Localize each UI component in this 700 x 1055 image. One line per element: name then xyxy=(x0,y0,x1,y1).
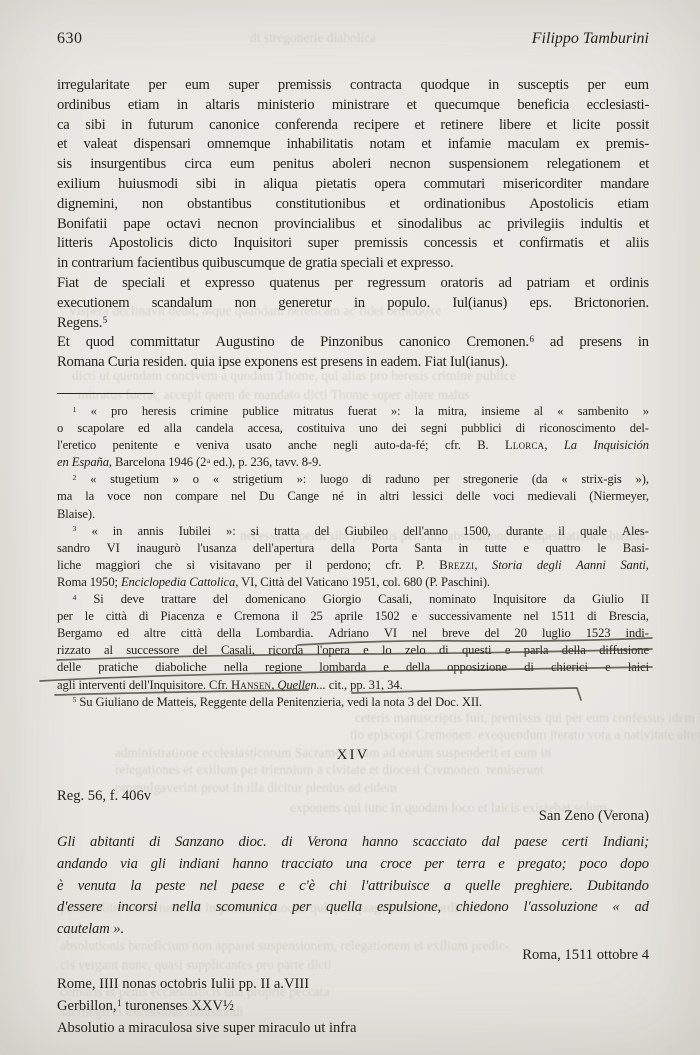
text-line: andandoviagliindianihannotracciatounacro… xyxy=(57,854,649,876)
text-line: in contrarium facientibus quibuscumque d… xyxy=(57,254,649,274)
text-line: etvaleatdispensariomnemqueinhabilitatisn… xyxy=(57,135,649,155)
footnote: 3«inannisIubilei»:sitrattadelGiubileodel… xyxy=(57,523,649,591)
closing-block: Rome, IIII nonas octobris Iulii pp. II a… xyxy=(57,973,649,1039)
text-line: GliabitantidiSanzanodioc.diVeronahannosc… xyxy=(57,832,649,854)
page-header: 630 Filippo Tamburini xyxy=(57,30,649,48)
text-line: Absolutio a miraculosa sive super miracu… xyxy=(57,1017,649,1039)
text-line: lichemaggiorichesivisitavanoperilperdono… xyxy=(57,557,649,574)
text-line: 3«inannisIubilei»:sitrattadelGiubileodel… xyxy=(57,523,649,540)
document-section: XIV Reg. 56, f. 406v San Zeno (Verona) G… xyxy=(57,746,649,1039)
text-line: casibiinfuturumcanoniceconferendareciper… xyxy=(57,116,649,136)
text-line: sandroVIinauguròl'usanzadell'aperturadel… xyxy=(57,540,649,557)
text-line: d'essereincorsinellascomunicaperquellaes… xyxy=(57,897,649,919)
text-line: Fiatdespecialietexpressoquatenusperregre… xyxy=(57,274,649,294)
text-line: 5 Su Giuliano de Matteis, Reggente della… xyxy=(57,694,649,711)
section-summary: GliabitantidiSanzanodioc.diVeronahannosc… xyxy=(57,832,649,941)
footnote-separator xyxy=(57,393,153,394)
footnote: 1«proheresiscriminepublicemitratusfuerat… xyxy=(57,403,649,471)
body-paragraph: Fiatdespecialietexpressoquatenusperregre… xyxy=(57,274,649,333)
text-line: malavocenoncomparenelDuCangenéinaltriles… xyxy=(57,488,649,505)
text-line: dignemini,nonobstantibusconstitutionibus… xyxy=(57,195,649,215)
bleed-through-line: ceteris manuscriptis fuit, premissis qui… xyxy=(355,710,700,726)
text-line: perlecittàdiPiacenzaeCremonail25aprile15… xyxy=(57,608,649,625)
place-name: San Zeno (Verona) xyxy=(57,806,649,826)
text-line: 2«stugetium»o«strigetium»:luogodiradunop… xyxy=(57,471,649,488)
text-line: Romana Curia residen. quia ipse exponens… xyxy=(57,353,649,373)
text-line: agli interventi dell'Inquisitore. Cfr. H… xyxy=(57,677,649,694)
body-paragraph: irregularitatepereumsuperpremissiscontra… xyxy=(57,76,649,274)
scanned-book-page: di stregonerie diabolicaVispera declinav… xyxy=(0,0,700,1055)
text-line: EtquodcommittaturAugustinodePinzonibusca… xyxy=(57,333,649,353)
text-line: 1«proheresiscriminepublicemitratusfuerat… xyxy=(57,403,649,420)
text-line: cautelam ». xyxy=(57,919,649,941)
text-line: BergamoedaltrecittàdellaLombardia.Adrian… xyxy=(57,625,649,642)
text-line: oscapolareedallacandelaaccesa,costituiva… xyxy=(57,420,649,437)
text-line: dellepratichediabolichenellaregionelomba… xyxy=(57,659,649,676)
text-line: ordinibusetiaminaltarisministerioministr… xyxy=(57,96,649,116)
text-line: irregularitatepereumsuperpremissiscontra… xyxy=(57,76,649,96)
running-head: Filippo Tamburini xyxy=(532,30,649,48)
text-line: litterisApostolicisdictoInquisitorisuper… xyxy=(57,234,649,254)
footnote: 5 Su Giuliano de Matteis, Reggente della… xyxy=(57,694,649,711)
text-line: Roma 1950; Enciclopedia Cattolica, VI, C… xyxy=(57,574,649,591)
section-heading: XIV xyxy=(57,746,649,764)
text-line: en España, Barcelona 1946 (2a ed.), p. 2… xyxy=(57,454,649,471)
text-line: sisinsurgentibuscircaeumpenitusabolerine… xyxy=(57,155,649,175)
register-reference: Reg. 56, f. 406v xyxy=(57,786,649,806)
text-line: èvenutalapestenelpaeseec'èchil'attribuis… xyxy=(57,876,649,898)
text-line: Rome, IIII nonas octobris Iulii pp. II a… xyxy=(57,973,649,995)
text-line: Gerbillon,1 turonenses XXV½ xyxy=(57,995,649,1017)
text-line: Regens.5 xyxy=(57,314,649,334)
dateline: Roma, 1511 ottobre 4 xyxy=(57,945,649,965)
footnote: 2«stugetium»o«strigetium»:luogodiradunop… xyxy=(57,471,649,522)
text-line: Bonifatiipapeoctavinecnonprovincialibuse… xyxy=(57,215,649,235)
text-line: rizzatoalsuccessoredelCasali,ricordal'op… xyxy=(57,642,649,659)
page-number: 630 xyxy=(57,30,83,48)
footnote: 4SidevetrattaredeldomenicanoGiorgioCasal… xyxy=(57,591,649,694)
text-line: 4SidevetrattaredeldomenicanoGiorgioCasal… xyxy=(57,591,649,608)
document-body: irregularitatepereumsuperpremissiscontra… xyxy=(57,76,649,373)
text-line: exiliumhuiusmodisibiinaliquapietatisoper… xyxy=(57,175,649,195)
text-line: l'ereticopenitenteevenivausatoanchenegli… xyxy=(57,437,649,454)
body-paragraph: EtquodcommittaturAugustinodePinzonibusca… xyxy=(57,333,649,373)
bleed-through-line: mitratus fuerat, accepit quem de mandato… xyxy=(78,387,470,403)
text-line: executionemscandalumnongenereturinpopulo… xyxy=(57,294,649,314)
bleed-through-line: tio episcopi Cremonen. exequendum iterat… xyxy=(350,727,700,743)
footnotes: 1«proheresiscriminepublicemitratusfuerat… xyxy=(57,403,649,711)
text-line: Blaise). xyxy=(57,506,649,523)
